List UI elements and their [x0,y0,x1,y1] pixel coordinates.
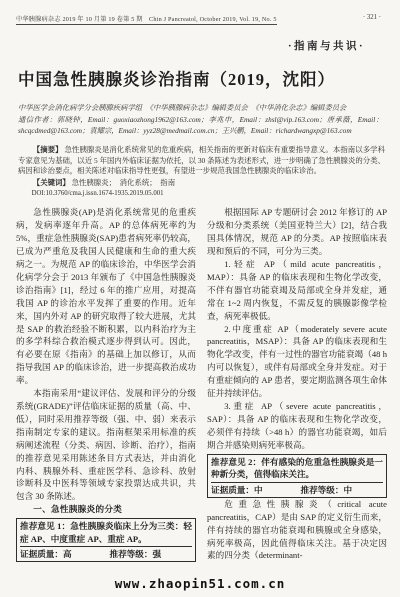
abstract-text: 急性胰腺炎是消化系统常见的危重疾病，相关指南的更新对临床有重要指导意义。本指南以… [18,145,385,175]
correspondence-line: 通信作者：郭晓钟，Email：guoxiaozhong1962@163.com；… [18,114,383,136]
watermark-url: www.zhaopin51.com.cn [0,576,400,591]
right-column: 根据国际 AP 专题研讨会 2012 年修订的 AP 分级和分类系统（美国亚特兰… [207,206,387,562]
section-tag: ·指南与共识· [16,38,387,53]
abstract-label: 【摘要】 [33,145,63,154]
article-body: 急性胰腺炎(AP)是消化系统常见的危重疾病，发病率逐年升高。AP 的总体病死率约… [16,206,387,562]
recommendation-box-2: 推荐意见 2：伴有感染的危重急性胰腺炎是一种新分类，值得临床关注。 证据质量：中… [207,454,387,498]
recommendation-box-1: 推荐意见 1：急性胰腺炎临床上分为三类：轻症 AP、中度重症 AP、重症 AP。… [16,518,196,562]
paragraph-atlanta: 根据国际 AP 专题研讨会 2012 年修订的 AP 分级和分类系统（美国亚特兰… [207,206,387,258]
paragraph-intro: 急性胰腺炎(AP)是消化系统常见的危重疾病，发病率逐年升高。AP 的总体病死率约… [16,206,196,387]
journal-citation: 中华胰腺病杂志 2019 年 10 月第 19 卷第 5 期 Chin J Pa… [16,14,277,25]
recommendation-1-footer: 证据质量：高 推荐等级：强 [20,546,192,561]
paragraph-cap: 危重急性胰腺炎（critical acute pancreatitis，CAP）… [207,498,387,563]
page-number: · 321 · [363,14,387,21]
keywords-label: 【关键词】 [33,178,70,187]
affiliation-line: 中华医学会消化病学分会胰腺疾病学组 《中华胰腺病杂志》编辑委员会 《中华消化杂志… [18,102,383,113]
paragraph-sap: 3.重症 AP（severe acute pancreatitis，SAP）：具… [207,400,387,452]
doi-line: DOI:10.3760/cma.j.issn.1674-1935.2019.05… [18,190,385,197]
recommendation-2-statement: 推荐意见 2：伴有感染的危重急性胰腺炎是一种新分类，值得临床关注。 [211,456,383,481]
left-column: 急性胰腺炎(AP)是消化系统常见的危重疾病，发病率逐年升高。AP 的总体病死率约… [16,206,196,562]
paragraph-grade-method: 本指南采用“建议评估、发展和评分的分级系统(GRADE)”评估临床证据的质量（高… [16,387,196,503]
recommendation-1-grade: 推荐等级：强 [109,548,161,560]
paragraph-map: 1.轻症 AP（mild acute pancreatitis，MAP）：具备 … [207,258,387,323]
article-title: 中国急性胰腺炎诊治指南（2019，沈阳） [18,66,387,90]
keywords-paragraph: 【关键词】 急性胰腺炎； 消化系统； 指南 [18,178,385,189]
recommendation-1-evidence: 证据质量：高 [20,548,72,560]
recommendation-1-statement: 推荐意见 1：急性胰腺炎临床上分为三类：轻症 AP、中度重症 AP、重症 AP。 [20,520,192,545]
keywords-text: 急性胰腺炎； 消化系统； 指南 [72,178,175,187]
recommendation-2-grade: 推荐等级：中 [300,484,352,496]
abstract-paragraph: 【摘要】 急性胰腺炎是消化系统常见的危重疾病，相关指南的更新对临床有重要指导意义… [18,145,385,177]
recommendation-2-footer: 证据质量：中 推荐等级：中 [211,482,383,497]
section-heading-classification: 一、急性胰腺炎的分类 [16,503,196,516]
journal-page: 中华胰腺病杂志 2019 年 10 月第 19 卷第 5 期 Chin J Pa… [0,0,400,597]
running-header: 中华胰腺病杂志 2019 年 10 月第 19 卷第 5 期 Chin J Pa… [16,14,387,25]
recommendation-2-evidence: 证据质量：中 [211,484,263,496]
paragraph-msap: 2.中度重症 AP（moderately severe acute pancre… [207,323,387,400]
